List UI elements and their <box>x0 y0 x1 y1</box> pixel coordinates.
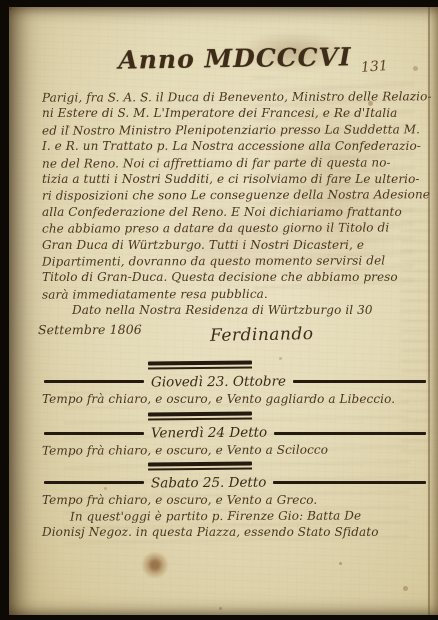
entry-header-sabato: Sabato 25. Detto <box>42 475 428 491</box>
entry-date: Giovedì 23. Ottobre <box>144 373 293 390</box>
paper-specks <box>9 7 12 10</box>
rule-right <box>293 380 426 383</box>
rule-right <box>273 481 426 484</box>
page-content: Anno MDCCCVI 131 Parigi, fra S. A. S. il… <box>42 44 428 541</box>
manuscript-line: ed il Nostro Ministro Plenipotenziario p… <box>42 121 428 139</box>
manuscript-line: sarà immediatamente resa pubblica. <box>42 285 428 303</box>
rule-left <box>44 432 144 435</box>
manuscript-scan: Anno MDCCCVI 131 Parigi, fra S. A. S. il… <box>0 0 438 620</box>
manuscript-page: Anno MDCCCVI 131 Parigi, fra S. A. S. il… <box>9 7 438 615</box>
signature-row: Settembre 1806 Ferdinando <box>42 319 428 351</box>
manuscript-line: Dipartimenti, dovranno da questo momento… <box>42 252 428 270</box>
page-number: 131 <box>361 58 389 76</box>
manuscript-line: ne del Reno. Noi ci affrettiamo di far p… <box>42 154 428 172</box>
paper-stain <box>140 552 170 578</box>
decree-paragraph: Parigi, fra S. A. S. il Duca di Benevent… <box>42 89 428 319</box>
decree-dateline: Dato nella Nostra Residenza di Würtzburg… <box>42 302 428 318</box>
manuscript-line: ni Estere di S. M. L'Imperatore dei Fran… <box>42 105 428 121</box>
manuscript-line: I. e R. un Trattato p. La Nostra accessi… <box>42 138 428 154</box>
rule-right <box>274 432 426 435</box>
rule-left <box>44 481 144 484</box>
page-edge-line <box>428 7 430 615</box>
manuscript-line: alla Confederazione del Reno. E Noi dich… <box>42 204 428 220</box>
manuscript-line: Titolo di Gran-Duca. Questa decisione ch… <box>42 269 428 285</box>
manuscript-line: ri disposizioni che sono Le conseguenze … <box>42 187 428 205</box>
manuscript-line: Gran Duca di Würtzburgo. Tutti i Nostri … <box>42 237 428 253</box>
news-note: In quest'oggi è partito p. Firenze Gio: … <box>42 507 428 525</box>
weather-note: Tempo frà chiaro, e oscuro, e Vento gagl… <box>42 391 428 407</box>
entry-header-venerdi: Venerdì 24 Detto <box>42 425 428 441</box>
rule-left <box>44 380 144 383</box>
entry-date: Sabato 25. Detto <box>144 474 273 491</box>
signature-date: Settembre 1806 <box>38 322 142 339</box>
manuscript-line: Parigi, fra S. A. S. il Duca di Benevent… <box>42 88 428 106</box>
manuscript-line: tizia a tutti i Nostri Sudditi, e ci ris… <box>42 171 428 187</box>
entry-date: Venerdì 24 Detto <box>144 425 274 442</box>
manuscript-line: che abbiamo preso a datare da questo gio… <box>42 220 428 238</box>
news-note: Dionisj Negoz. in questa Piazza, essendo… <box>42 524 428 540</box>
section-divider <box>148 360 252 369</box>
weather-note: Tempo frà chiaro, e oscuro, e Vento a Sc… <box>42 441 428 459</box>
heading-row: Anno MDCCCVI 131 <box>42 44 428 82</box>
signature: Ferdinando <box>210 324 314 346</box>
entry-header-giovedi: Giovedì 23. Ottobre <box>42 374 428 390</box>
section-divider <box>148 412 252 421</box>
section-divider <box>148 461 252 470</box>
weather-note: Tempo frà chiaro, e oscuro, e Vento a Gr… <box>42 492 428 508</box>
